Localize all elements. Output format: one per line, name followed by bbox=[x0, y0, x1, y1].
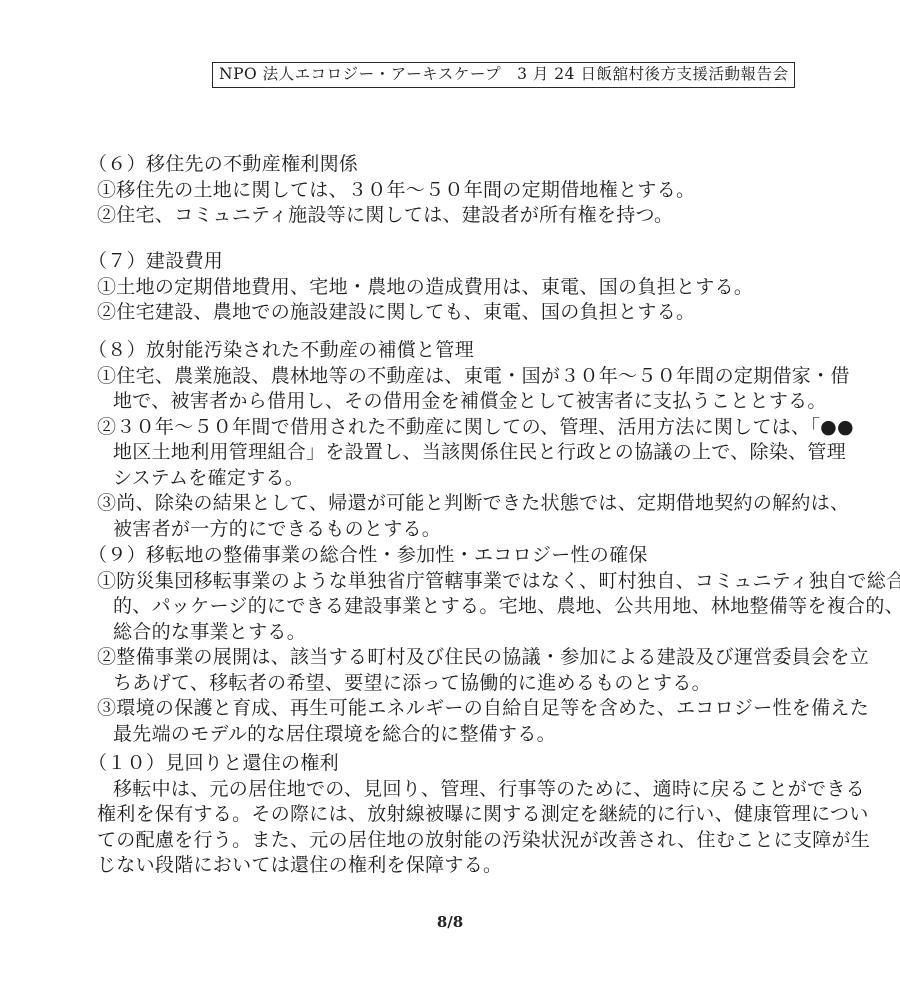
paragraph-line: 移転中は、元の居住地での、見回り、管理、行事等のために、適時に戻ることができる bbox=[88, 777, 870, 803]
document-page: NPO 法人エコロジー・アーキスケープ 3 月 24 日飯舘村後方支援活動報告会… bbox=[0, 0, 900, 988]
list-item: ③尚、除染の結果として、帰還が可能と判断できた状態では、定期借地契約の解約は、 bbox=[88, 491, 854, 517]
page-number: 8/8 bbox=[0, 913, 900, 931]
section-6: （６）移住先の不動産権利関係 ①移住先の土地に関しては、３０年～５０年間の定期借… bbox=[88, 152, 695, 229]
list-item-continuation: 地で、被害者から借用し、その借用金を補償金として被害者に支払うこととする。 bbox=[88, 389, 854, 415]
list-item-continuation: 総合的な事業とする。 bbox=[88, 620, 900, 646]
list-item: ②住宅建設、農地での施設建設に関しても、東電、国の負担とする。 bbox=[88, 300, 753, 326]
list-item: ①防災集団移転事業のような単独省庁管轄事業ではなく、町村独自、コミュニティ独自で… bbox=[88, 569, 900, 595]
section-6-heading: （６）移住先の不動産権利関係 bbox=[88, 152, 695, 178]
list-item-continuation: 的、パッケージ的にできる建設事業とする。宅地、農地、公共用地、林地整備等を複合的… bbox=[88, 594, 900, 620]
list-item-continuation: システムを確定する。 bbox=[88, 466, 854, 492]
document-header: NPO 法人エコロジー・アーキスケープ 3 月 24 日飯舘村後方支援活動報告会 bbox=[212, 62, 795, 88]
list-item: ②整備事業の展開は、該当する町村及び住民の協議・参加による建設及び運営委員会を立 bbox=[88, 645, 900, 671]
section-9: （９）移転地の整備事業の総合性・参加性・エコロジー性の確保 ①防災集団移転事業の… bbox=[88, 543, 900, 747]
list-item: ③環境の保護と育成、再生可能エネルギーの自給自足等を含めた、エコロジー性を備えた bbox=[88, 696, 900, 722]
section-8-heading: （８）放射能汚染された不動産の補償と管理 bbox=[88, 338, 854, 364]
list-item-continuation: 地区土地利用管理組合」を設置し、当該関係住民と行政との協議の上で、除染、管理 bbox=[88, 440, 854, 466]
list-item: ②３０年～５０年間で借用された不動産に関しての、管理、活用方法に関しては、「●● bbox=[88, 415, 854, 441]
section-8: （８）放射能汚染された不動産の補償と管理 ①住宅、農業施設、農林地等の不動産は、… bbox=[88, 338, 854, 542]
list-item: ①住宅、農業施設、農林地等の不動産は、東電・国が３０年～５０年間の定期借家・借 bbox=[88, 364, 854, 390]
list-item: ②住宅、コミュニティ施設等に関しては、建設者が所有権を持つ。 bbox=[88, 203, 695, 229]
section-7: （７）建設費用 ①土地の定期借地費用、宅地・農地の造成費用は、東電、国の負担とす… bbox=[88, 249, 753, 326]
paragraph-line: じない段階においては還住の権利を保障する。 bbox=[88, 853, 870, 879]
section-9-heading: （９）移転地の整備事業の総合性・参加性・エコロジー性の確保 bbox=[88, 543, 900, 569]
section-10: （１０）見回りと還住の権利 移転中は、元の居住地での、見回り、管理、行事等のため… bbox=[88, 751, 870, 879]
list-item-continuation: ちあげて、移転者の希望、要望に添って協働的に進めるものとする。 bbox=[88, 671, 900, 697]
list-item-continuation: 最先端のモデル的な居住環境を総合的に整備する。 bbox=[88, 722, 900, 748]
section-10-heading: （１０）見回りと還住の権利 bbox=[88, 751, 870, 777]
list-item: ①移住先の土地に関しては、３０年～５０年間の定期借地権とする。 bbox=[88, 178, 695, 204]
paragraph-line: 権利を保有する。その際には、放射線被曝に関する測定を継続的に行い、健康管理につい bbox=[88, 802, 870, 828]
list-item: ①土地の定期借地費用、宅地・農地の造成費用は、東電、国の負担とする。 bbox=[88, 275, 753, 301]
section-7-heading: （７）建設費用 bbox=[88, 249, 753, 275]
header-title: NPO 法人エコロジー・アーキスケープ 3 月 24 日飯舘村後方支援活動報告会 bbox=[219, 65, 788, 83]
list-item-continuation: 被害者が一方的にできるものとする。 bbox=[88, 517, 854, 543]
paragraph-line: ての配慮を行う。また、元の居住地の放射能の汚染状況が改善され、住むことに支障が生 bbox=[88, 828, 870, 854]
